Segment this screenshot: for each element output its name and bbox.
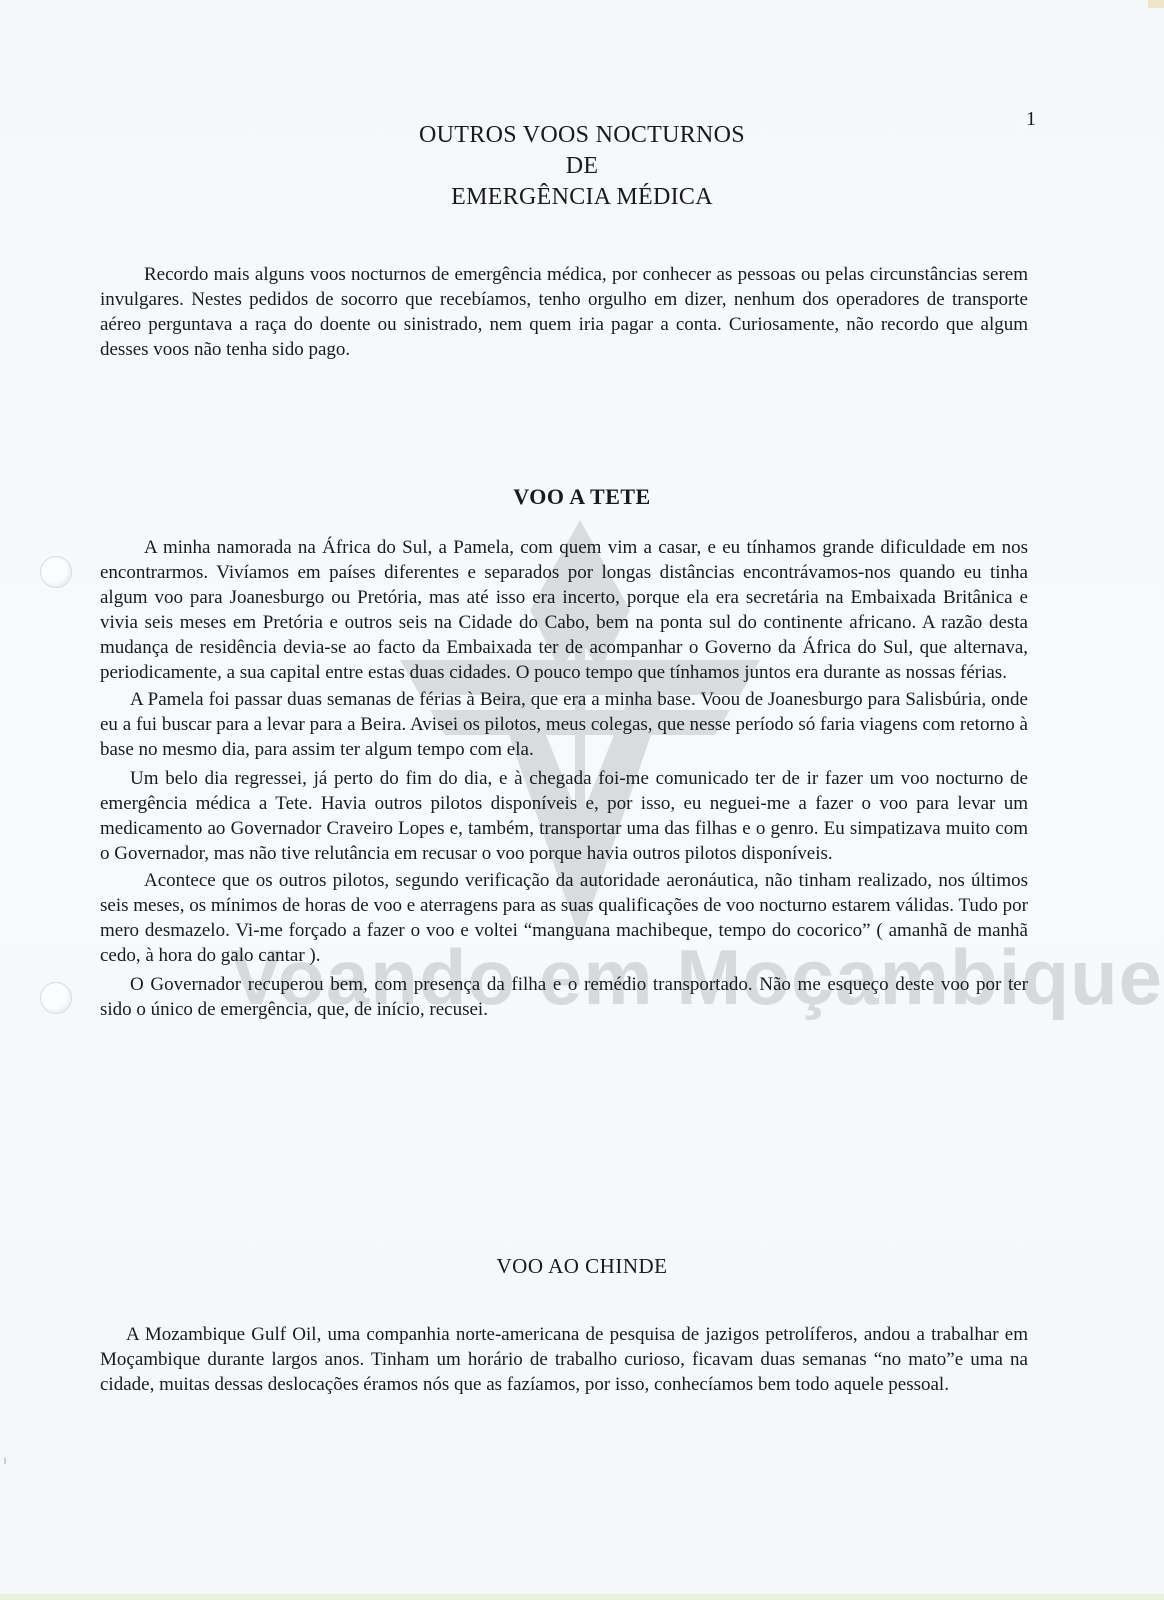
page-corner-tab [1148, 0, 1164, 8]
punch-hole-icon [40, 556, 72, 588]
scan-speck [4, 1458, 6, 1464]
paragraph-text: Um belo dia regressei, já perto do fim d… [100, 766, 1028, 866]
paragraph-text: A Mozambique Gulf Oil, uma companhia nor… [100, 1322, 1028, 1397]
paragraph-text: Acontece que os outros pilotos, segundo … [100, 868, 1028, 968]
paragraph-text: A minha namorada na África do Sul, a Pam… [100, 535, 1028, 685]
intro-paragraph: Recordo mais alguns voos nocturnos de em… [100, 262, 1028, 362]
scan-edge-strip [0, 1594, 1164, 1600]
paragraph-text: Recordo mais alguns voos nocturnos de em… [100, 262, 1028, 362]
title-line: EMERGÊNCIA MÉDICA [0, 182, 1164, 213]
section-heading-voo-a-tete: VOO A TETE [0, 484, 1164, 510]
section-body-voo-a-tete: A minha namorada na África do Sul, a Pam… [100, 535, 1028, 1022]
paragraph-text: A Pamela foi passar duas semanas de féri… [100, 687, 1028, 762]
section-heading-voo-ao-chinde: VOO AO CHINDE [0, 1254, 1164, 1279]
section-body-voo-ao-chinde: A Mozambique Gulf Oil, uma companhia nor… [100, 1322, 1028, 1397]
document-title: OUTROS VOOS NOCTURNOS DE EMERGÊNCIA MÉDI… [0, 120, 1164, 213]
punch-hole-icon [40, 982, 72, 1014]
title-line: DE [0, 151, 1164, 182]
paragraph-text: O Governador recuperou bem, com presença… [100, 972, 1028, 1022]
scanned-page: Voando em Moçambique 1 OUTROS VOOS NOCTU… [0, 0, 1164, 1600]
title-line: OUTROS VOOS NOCTURNOS [0, 120, 1164, 151]
